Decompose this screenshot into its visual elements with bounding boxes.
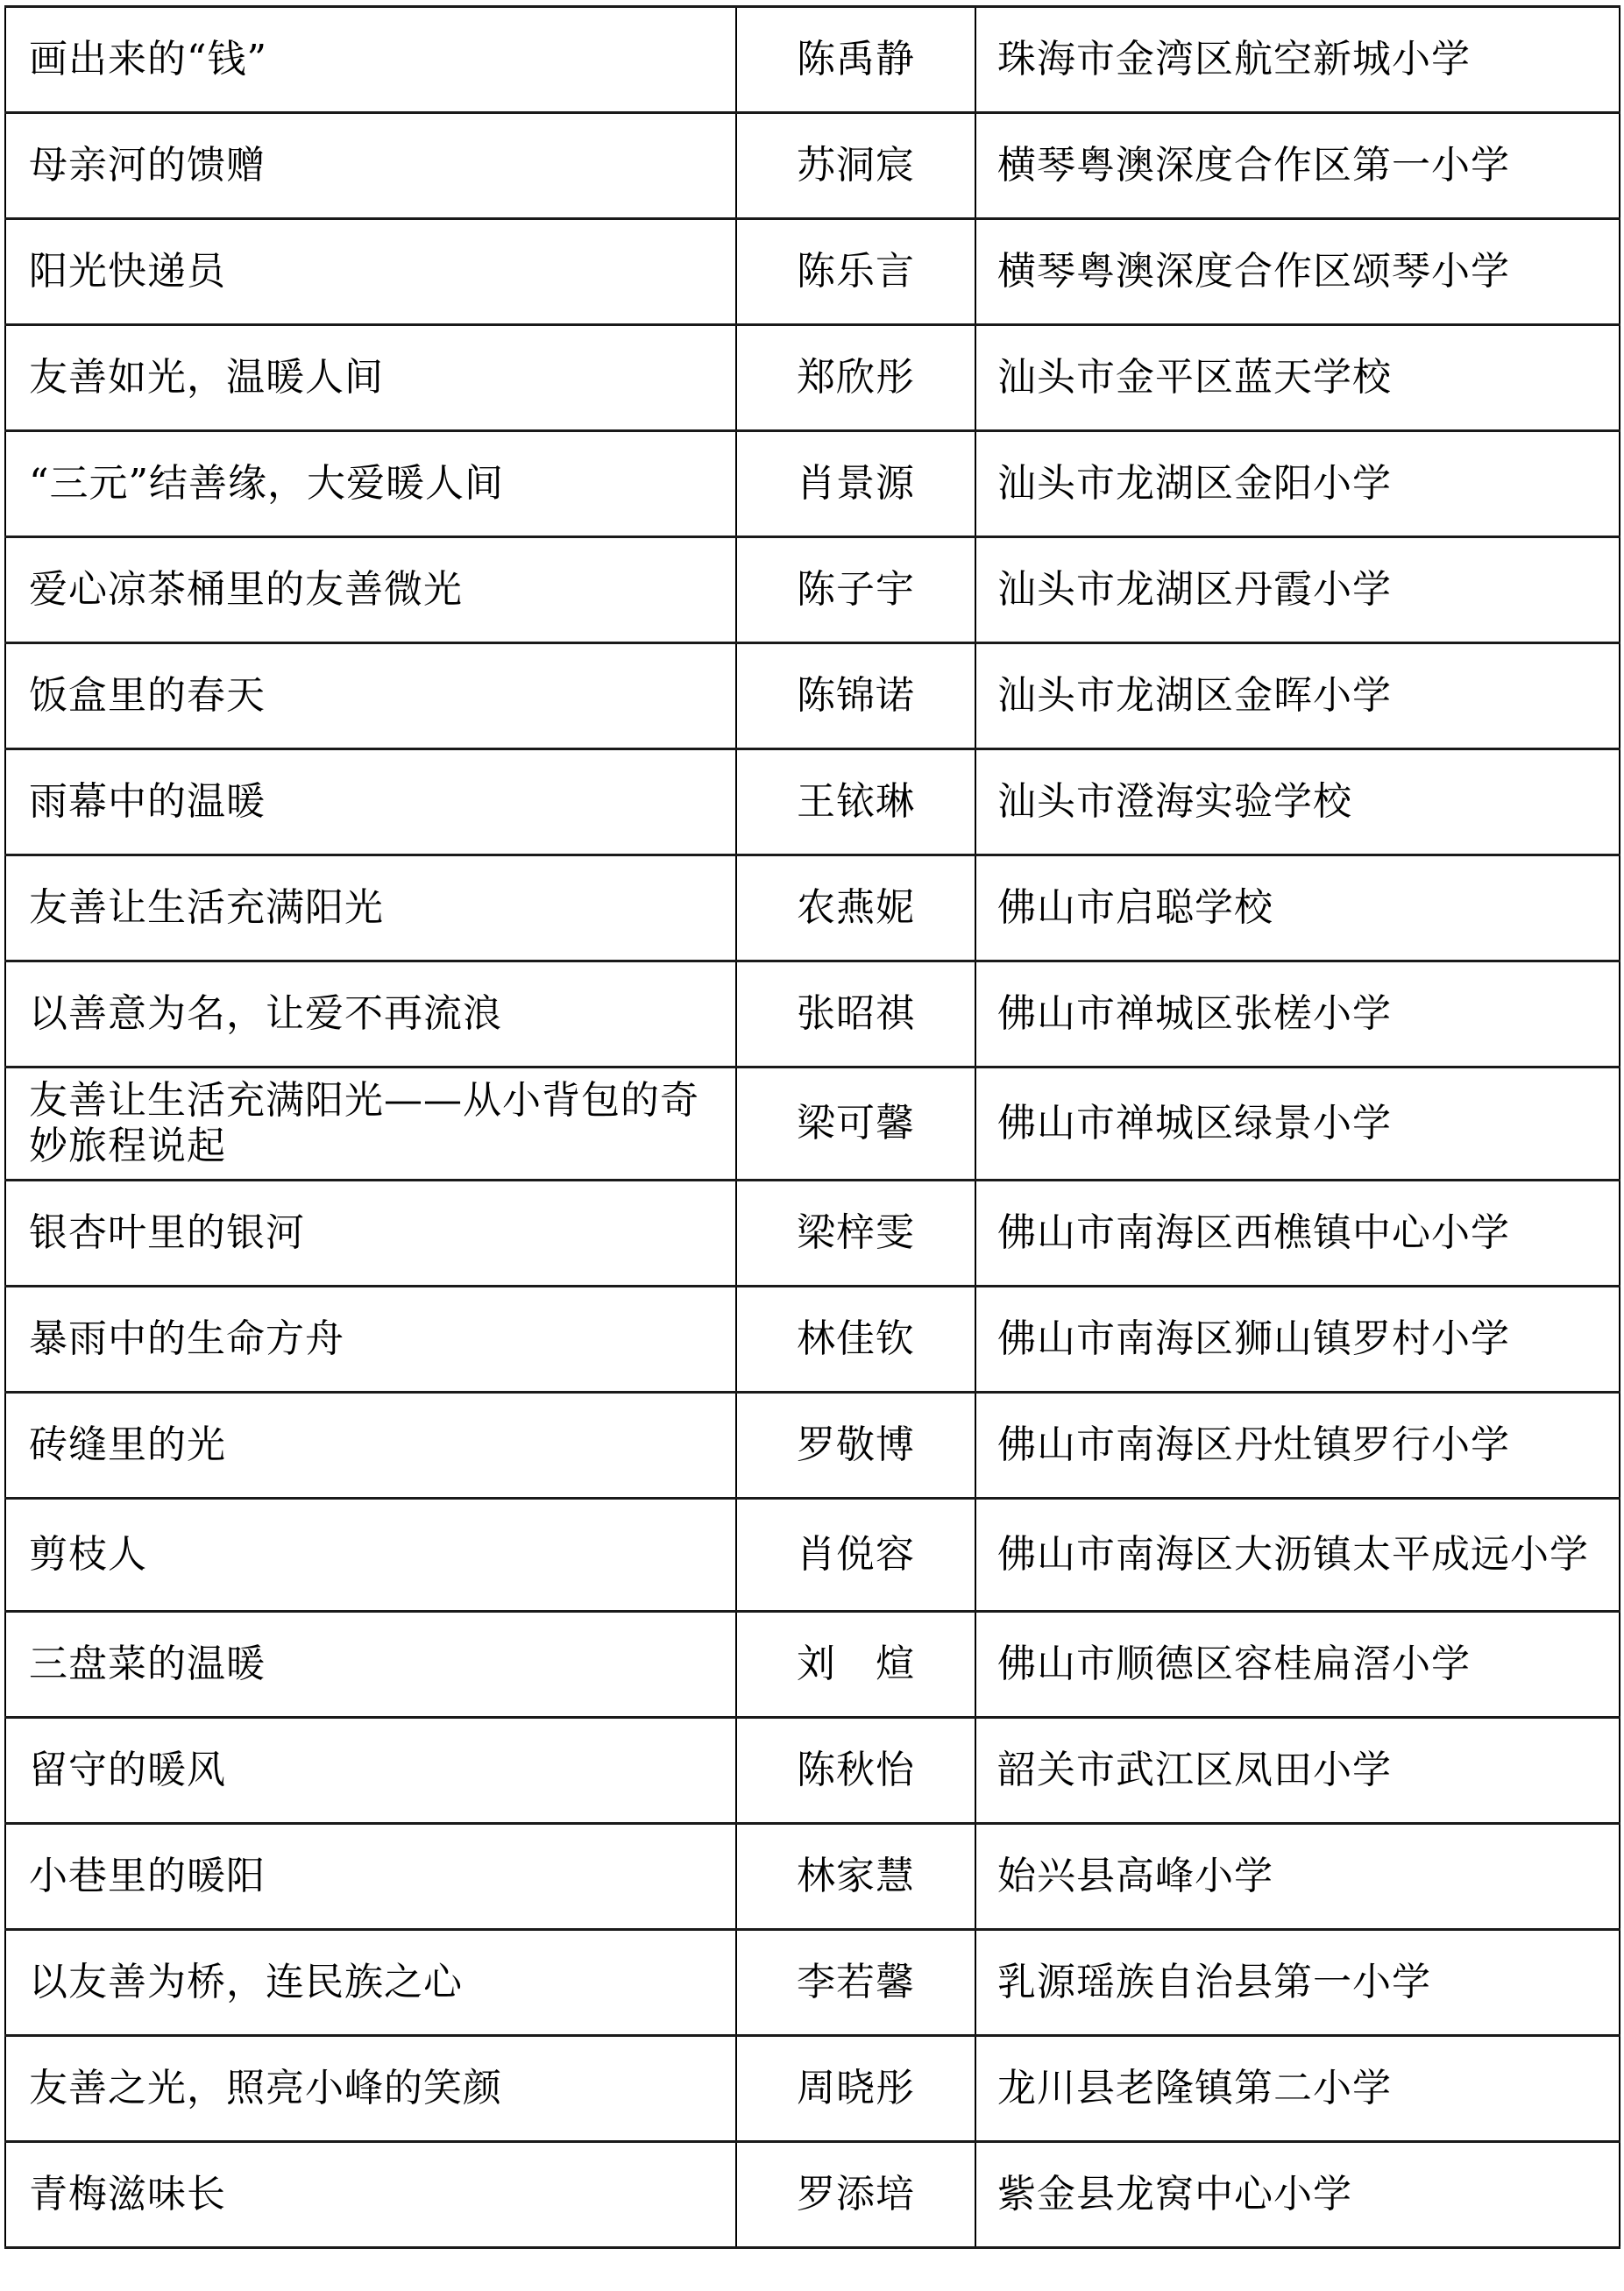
table-row: 友善让生活充满阳光 农燕妮 佛山市启聪学校: [5, 855, 1620, 961]
school-name: 佛山市南海区狮山镇罗村小学: [975, 1287, 1620, 1393]
table-row: 暴雨中的生命方舟 林佳钦 佛山市南海区狮山镇罗村小学: [5, 1287, 1620, 1393]
author-name: 张昭祺: [736, 961, 975, 1067]
table-row: 银杏叶里的银河 梁梓雯 佛山市南海区西樵镇中心小学: [5, 1181, 1620, 1287]
author-name: 苏洞宸: [736, 113, 975, 219]
table-row: 以善意为名，让爱不再流浪 张昭祺 佛山市禅城区张槎小学: [5, 961, 1620, 1067]
author-name: 陈秋怡: [736, 1718, 975, 1824]
author-name: 梁可馨: [736, 1067, 975, 1181]
work-title: 银杏叶里的银河: [5, 1181, 736, 1287]
author-name: 郑欣彤: [736, 325, 975, 431]
author-name: 陈子宇: [736, 537, 975, 643]
school-name: 佛山市南海区西樵镇中心小学: [975, 1181, 1620, 1287]
author-name: 农燕妮: [736, 855, 975, 961]
award-list-table: 画出来的“钱” 陈禹静 珠海市金湾区航空新城小学 母亲河的馈赠 苏洞宸 横琴粤澳…: [4, 5, 1620, 2249]
work-title: 阳光快递员: [5, 219, 736, 325]
author-name: 罗添培: [736, 2142, 975, 2248]
school-name: 汕头市澄海实验学校: [975, 749, 1620, 855]
table-row: 母亲河的馈赠 苏洞宸 横琴粤澳深度合作区第一小学: [5, 113, 1620, 219]
school-name: 汕头市龙湖区金阳小学: [975, 431, 1620, 537]
table-row: 留守的暖风 陈秋怡 韶关市武江区凤田小学: [5, 1718, 1620, 1824]
author-name: 梁梓雯: [736, 1181, 975, 1287]
author-name: 李若馨: [736, 1930, 975, 2036]
work-title: 友善之光，照亮小峰的笑颜: [5, 2036, 736, 2142]
author-name: 刘 煊: [736, 1612, 975, 1718]
table-row: 剪枝人 肖侻容 佛山市南海区大沥镇太平成远小学: [5, 1499, 1620, 1612]
table-row: 小巷里的暖阳 林家慧 始兴县高峰小学: [5, 1824, 1620, 1930]
work-title: 母亲河的馈赠: [5, 113, 736, 219]
table-row: 三盘菜的温暖 刘 煊 佛山市顺德区容桂扁滘小学: [5, 1612, 1620, 1718]
author-name: 王铱琳: [736, 749, 975, 855]
author-name: 肖侻容: [736, 1499, 975, 1612]
author-name: 林佳钦: [736, 1287, 975, 1393]
work-title: 以善意为名，让爱不再流浪: [5, 961, 736, 1067]
table-row: 青梅滋味长 罗添培 紫金县龙窝中心小学: [5, 2142, 1620, 2248]
school-name: 汕头市龙湖区丹霞小学: [975, 537, 1620, 643]
work-title: 小巷里的暖阳: [5, 1824, 736, 1930]
work-title: 留守的暖风: [5, 1718, 736, 1824]
school-name: 始兴县高峰小学: [975, 1824, 1620, 1930]
table-row: 友善之光，照亮小峰的笑颜 周晓彤 龙川县老隆镇第二小学: [5, 2036, 1620, 2142]
table-row: 饭盒里的春天 陈锦诺 汕头市龙湖区金晖小学: [5, 643, 1620, 749]
table-row: 画出来的“钱” 陈禹静 珠海市金湾区航空新城小学: [5, 7, 1620, 113]
award-list-body: 画出来的“钱” 陈禹静 珠海市金湾区航空新城小学 母亲河的馈赠 苏洞宸 横琴粤澳…: [5, 7, 1620, 2248]
table-row: 雨幕中的温暖 王铱琳 汕头市澄海实验学校: [5, 749, 1620, 855]
school-name: 横琴粤澳深度合作区第一小学: [975, 113, 1620, 219]
work-title: 雨幕中的温暖: [5, 749, 736, 855]
work-title: 青梅滋味长: [5, 2142, 736, 2248]
work-title: 砖缝里的光: [5, 1393, 736, 1499]
author-name: 林家慧: [736, 1824, 975, 1930]
work-title: 暴雨中的生命方舟: [5, 1287, 736, 1393]
author-name: 陈禹静: [736, 7, 975, 113]
work-title: 三盘菜的温暖: [5, 1612, 736, 1718]
work-title: 剪枝人: [5, 1499, 736, 1612]
work-title: 画出来的“钱”: [5, 7, 736, 113]
table-row: 阳光快递员 陈乐言 横琴粤澳深度合作区颂琴小学: [5, 219, 1620, 325]
work-title: 饭盒里的春天: [5, 643, 736, 749]
school-name: 汕头市金平区蓝天学校: [975, 325, 1620, 431]
school-name: 佛山市禅城区张槎小学: [975, 961, 1620, 1067]
work-title: 友善让生活充满阳光——从小背包的奇妙旅程说起: [5, 1067, 736, 1181]
school-name: 汕头市龙湖区金晖小学: [975, 643, 1620, 749]
school-name: 佛山市顺德区容桂扁滘小学: [975, 1612, 1620, 1718]
work-title: 以友善为桥，连民族之心: [5, 1930, 736, 2036]
table-row: 友善让生活充满阳光——从小背包的奇妙旅程说起 梁可馨 佛山市禅城区绿景小学: [5, 1067, 1620, 1181]
table-row: 砖缝里的光 罗敬博 佛山市南海区丹灶镇罗行小学: [5, 1393, 1620, 1499]
work-title: 友善如光，温暖人间: [5, 325, 736, 431]
author-name: 陈乐言: [736, 219, 975, 325]
table-row: “三元”结善缘，大爱暖人间 肖景源 汕头市龙湖区金阳小学: [5, 431, 1620, 537]
school-name: 佛山市南海区大沥镇太平成远小学: [975, 1499, 1620, 1612]
table-row: 爱心凉茶桶里的友善微光 陈子宇 汕头市龙湖区丹霞小学: [5, 537, 1620, 643]
school-name: 佛山市启聪学校: [975, 855, 1620, 961]
school-name: 龙川县老隆镇第二小学: [975, 2036, 1620, 2142]
author-name: 周晓彤: [736, 2036, 975, 2142]
school-name: 横琴粤澳深度合作区颂琴小学: [975, 219, 1620, 325]
school-name: 佛山市南海区丹灶镇罗行小学: [975, 1393, 1620, 1499]
author-name: 肖景源: [736, 431, 975, 537]
table-row: 友善如光，温暖人间 郑欣彤 汕头市金平区蓝天学校: [5, 325, 1620, 431]
work-title: 爱心凉茶桶里的友善微光: [5, 537, 736, 643]
author-name: 陈锦诺: [736, 643, 975, 749]
school-name: 珠海市金湾区航空新城小学: [975, 7, 1620, 113]
school-name: 紫金县龙窝中心小学: [975, 2142, 1620, 2248]
table-row: 以友善为桥，连民族之心 李若馨 乳源瑶族自治县第一小学: [5, 1930, 1620, 2036]
school-name: 韶关市武江区凤田小学: [975, 1718, 1620, 1824]
school-name: 乳源瑶族自治县第一小学: [975, 1930, 1620, 2036]
school-name: 佛山市禅城区绿景小学: [975, 1067, 1620, 1181]
author-name: 罗敬博: [736, 1393, 975, 1499]
work-title: 友善让生活充满阳光: [5, 855, 736, 961]
work-title: “三元”结善缘，大爱暖人间: [5, 431, 736, 537]
